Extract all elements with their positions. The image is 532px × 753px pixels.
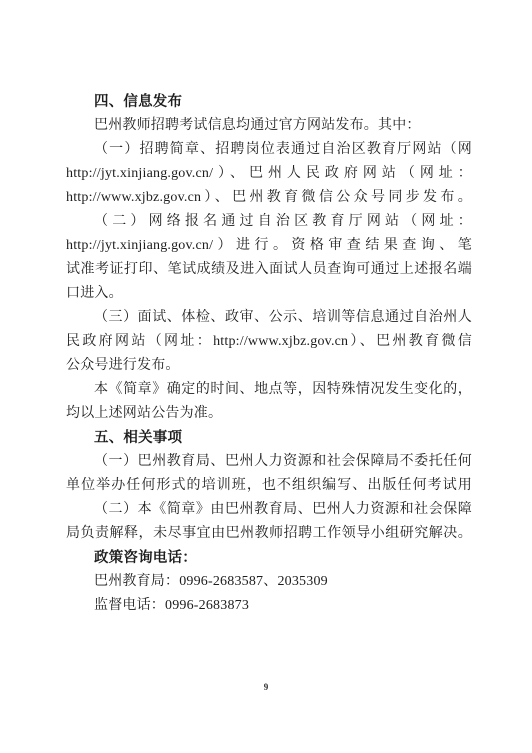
text-line: 监督电话：0996-2683873: [66, 594, 472, 618]
document-body: 四、信息发布巴州教师招聘考试信息均通过官方网站发布。其中：（一）招聘简章、招聘岗…: [66, 90, 472, 618]
section-heading: 政策咨询电话：: [66, 546, 472, 570]
text-line: （二）本《简章》由巴州教育局、巴州人力资源和社会保障: [66, 498, 472, 522]
text-line: （一）招聘简章、招聘岗位表通过自治区教育厅网站（网址：: [66, 138, 472, 162]
text-line: http://jyt.xinjiang.gov.cn/）进行。资格审查结果查询、…: [66, 234, 472, 258]
text-line: （二）网络报名通过自治区教育厅网站（网址：: [66, 210, 472, 234]
text-line: 公众号进行发布。: [66, 354, 472, 378]
section-heading: 四、信息发布: [66, 90, 472, 114]
text-line: （一）巴州教育局、巴州人力资源和社会保障局不委托任何: [66, 450, 472, 474]
text-line: 口进入。: [66, 282, 472, 306]
section-heading: 五、相关事项: [66, 426, 472, 450]
text-line: 民政府网站（网址：http://www.xjbz.gov.cn）、巴州教育微信: [66, 330, 472, 354]
text-line: 单位举办任何形式的培训班，也不组织编写、出版任何考试用书。: [66, 474, 472, 498]
text-line: 巴州教师招聘考试信息均通过官方网站发布。其中：: [66, 114, 472, 138]
page-number: 9: [0, 682, 532, 692]
text-line: （三）面试、体检、政审、公示、培训等信息通过自治州人: [66, 306, 472, 330]
text-line: 试准考证打印、笔试成绩及进入面试人员查询可通过上述报名端: [66, 258, 472, 282]
text-line: http://jyt.xinjiang.gov.cn/）、巴州人民政府网站（网址…: [66, 162, 472, 186]
document-page: 四、信息发布巴州教师招聘考试信息均通过官方网站发布。其中：（一）招聘简章、招聘岗…: [0, 0, 532, 753]
text-line: 本《简章》确定的时间、地点等，因特殊情况发生变化的，: [66, 378, 472, 402]
text-line: http://www.xjbz.gov.cn）、巴州教育微信公众号同步发布。: [66, 186, 472, 210]
text-line: 局负责解释，未尽事宜由巴州教师招聘工作领导小组研究解决。: [66, 522, 472, 546]
text-line: 巴州教育局：0996-2683587、2035309: [66, 570, 472, 594]
text-line: 均以上述网站公告为准。: [66, 402, 472, 426]
